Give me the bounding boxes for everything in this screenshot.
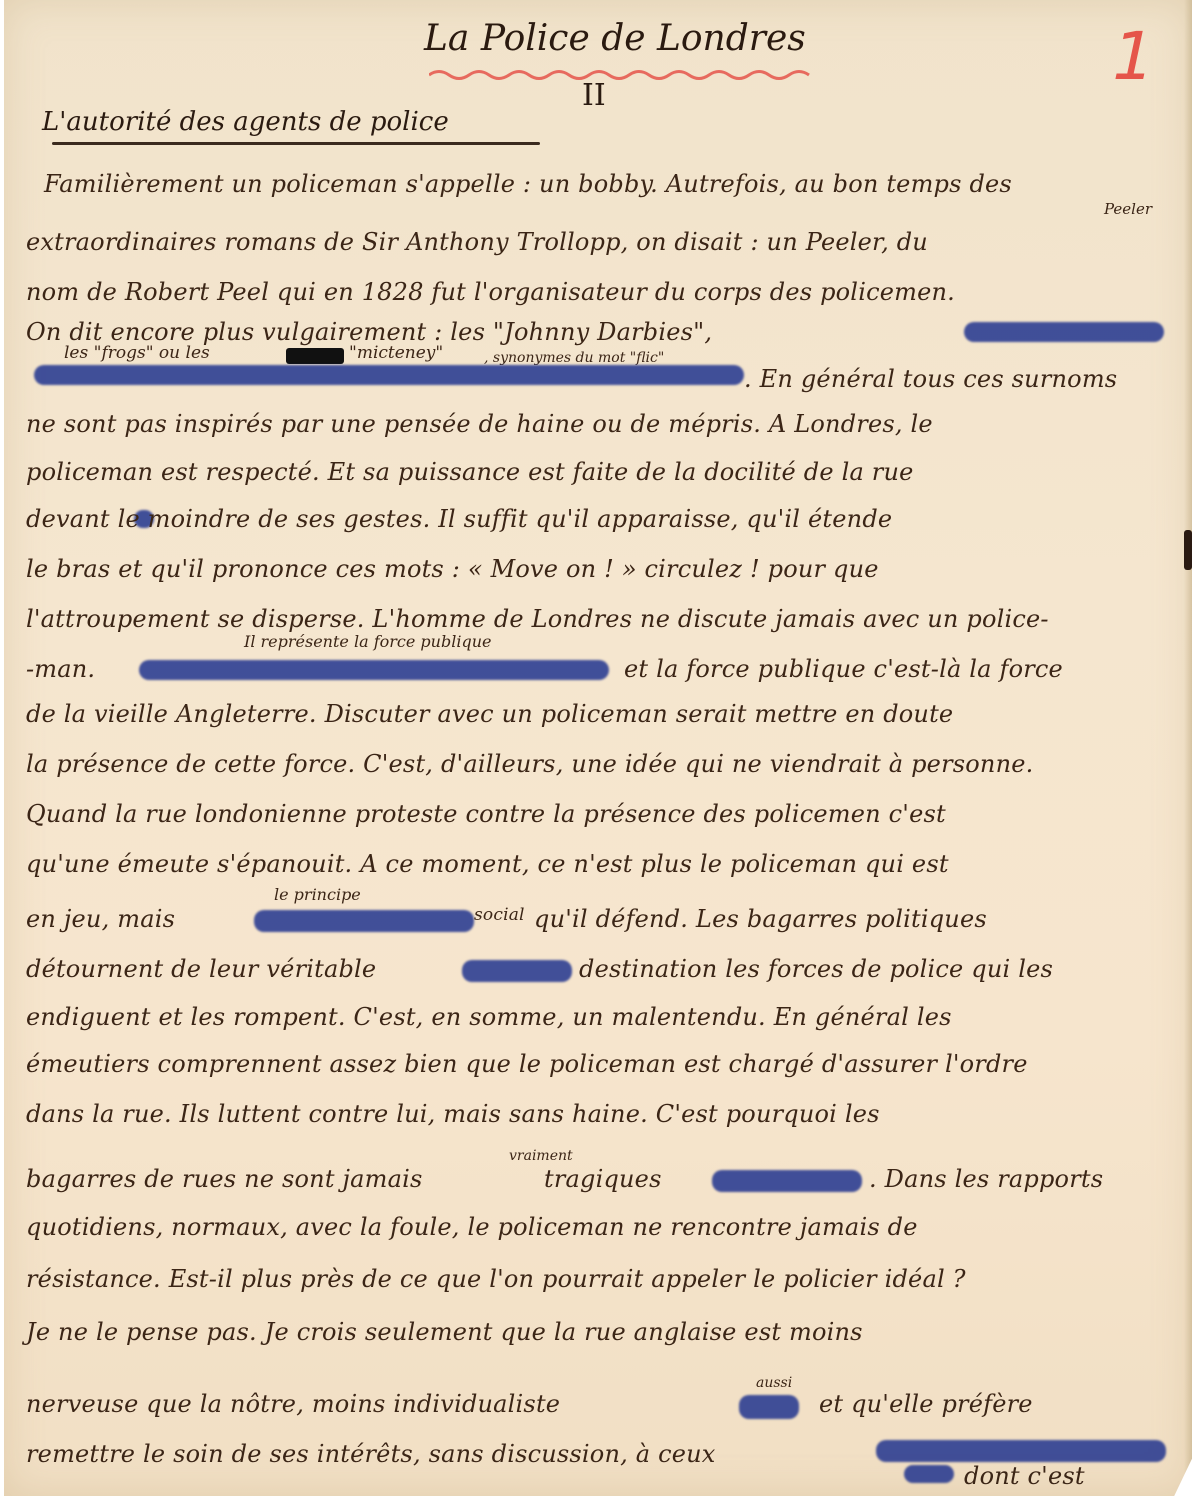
text-line: policeman est respecté. Et sa puissance … (26, 458, 914, 486)
red-wavy-underline (429, 68, 819, 82)
insertion-mickey: "micteney" (349, 343, 443, 363)
strikethrough-blot (34, 365, 744, 385)
insertion-aussi: aussi (756, 1375, 792, 1391)
text-line: dans la rue. Ils luttent contre lui, mai… (26, 1100, 880, 1128)
text-line: et la force publique c'est-là la force (624, 655, 1063, 683)
text-line: nom de Robert Peel qui en 1828 fut l'org… (26, 278, 955, 306)
text-line: la présence de cette force. C'est, d'ail… (26, 750, 1033, 778)
strikethrough-blot (964, 322, 1164, 342)
text-line: destination les forces de police qui les (579, 955, 1053, 983)
strikethrough-blot (904, 1465, 954, 1483)
text-line: -man. (26, 655, 95, 683)
text-line: extraordinaires romans de Sir Anthony Tr… (26, 228, 928, 256)
strikethrough-blot (462, 960, 572, 982)
insertion-synonymes: , synonymes du mot "flic" (484, 350, 664, 366)
page-title: La Police de Londres (424, 18, 806, 59)
section-number: II (582, 78, 606, 113)
text-line: ne sont pas inspirés par une pensée de h… (26, 410, 933, 438)
text-line: tragiques (544, 1165, 662, 1193)
section-heading: L'autorité des agents de police (42, 107, 449, 137)
text-line: devant le moindre de ses gestes. Il suff… (26, 505, 892, 533)
text-line: On dit encore plus vulgairement : les "J… (26, 318, 712, 346)
text-line: Quand la rue londonienne proteste contre… (26, 800, 946, 828)
text-line: émeutiers comprennent assez bien que le … (26, 1050, 1028, 1078)
text-line: . Dans les rapports (869, 1165, 1103, 1193)
text-line: de la vieille Angleterre. Discuter avec … (26, 700, 953, 728)
page-number: 1 (1104, 18, 1162, 95)
text-line: endiguent et les rompent. C'est, en somm… (26, 1003, 952, 1031)
text-line: le bras et qu'il prononce ces mots : « M… (26, 555, 879, 583)
text-line: qu'il défend. Les bagarres politiques (534, 905, 987, 933)
text-line: Je ne le pense pas. Je crois seulement q… (26, 1318, 863, 1346)
strikethrough-blot (876, 1440, 1166, 1462)
strikethrough-blot (254, 910, 474, 932)
text-line: Familièrement un policeman s'appelle : u… (44, 170, 1012, 198)
text-line: qu'une émeute s'épanouit. A ce moment, c… (26, 850, 949, 878)
insertion-vraiment: vraiment (509, 1148, 573, 1164)
insertion-frogs: les "frogs" ou les (64, 343, 210, 363)
strikethrough-blot (139, 660, 609, 680)
text-line: quotidiens, normaux, avec la foule, le p… (26, 1213, 918, 1241)
manuscript-page: La Police de Londres 1 II L'autorité des… (4, 0, 1192, 1496)
black-strikeout (286, 348, 344, 364)
strikethrough-blot (712, 1170, 862, 1192)
text-line: remettre le soin de ses intérêts, sans d… (26, 1440, 716, 1468)
paper-edge (1184, 0, 1192, 1496)
insertion-peeler: Peeler (1104, 200, 1152, 218)
text-line: dont c'est (964, 1462, 1085, 1490)
text-line: l'attroupement se disperse. L'homme de L… (26, 605, 1049, 633)
insertion-force-publique: Il représente la force publique (244, 632, 491, 651)
text-line: nerveuse que la nôtre, moins individuali… (26, 1390, 560, 1418)
insertion-principe: le principe (274, 885, 361, 904)
insertion-social: social (474, 905, 525, 925)
strikethrough-blot (739, 1395, 799, 1419)
text-line: résistance. Est-il plus près de ce que l… (26, 1265, 966, 1293)
heading-underline (52, 142, 540, 145)
text-line: et qu'elle préfère (819, 1390, 1033, 1418)
text-line: . En général tous ces surnoms (744, 365, 1117, 393)
text-line: en jeu, mais (26, 905, 175, 933)
text-line: détournent de leur véritable (26, 955, 376, 983)
text-line: bagarres de rues ne sont jamais (26, 1165, 423, 1193)
ink-stain (1184, 530, 1192, 570)
